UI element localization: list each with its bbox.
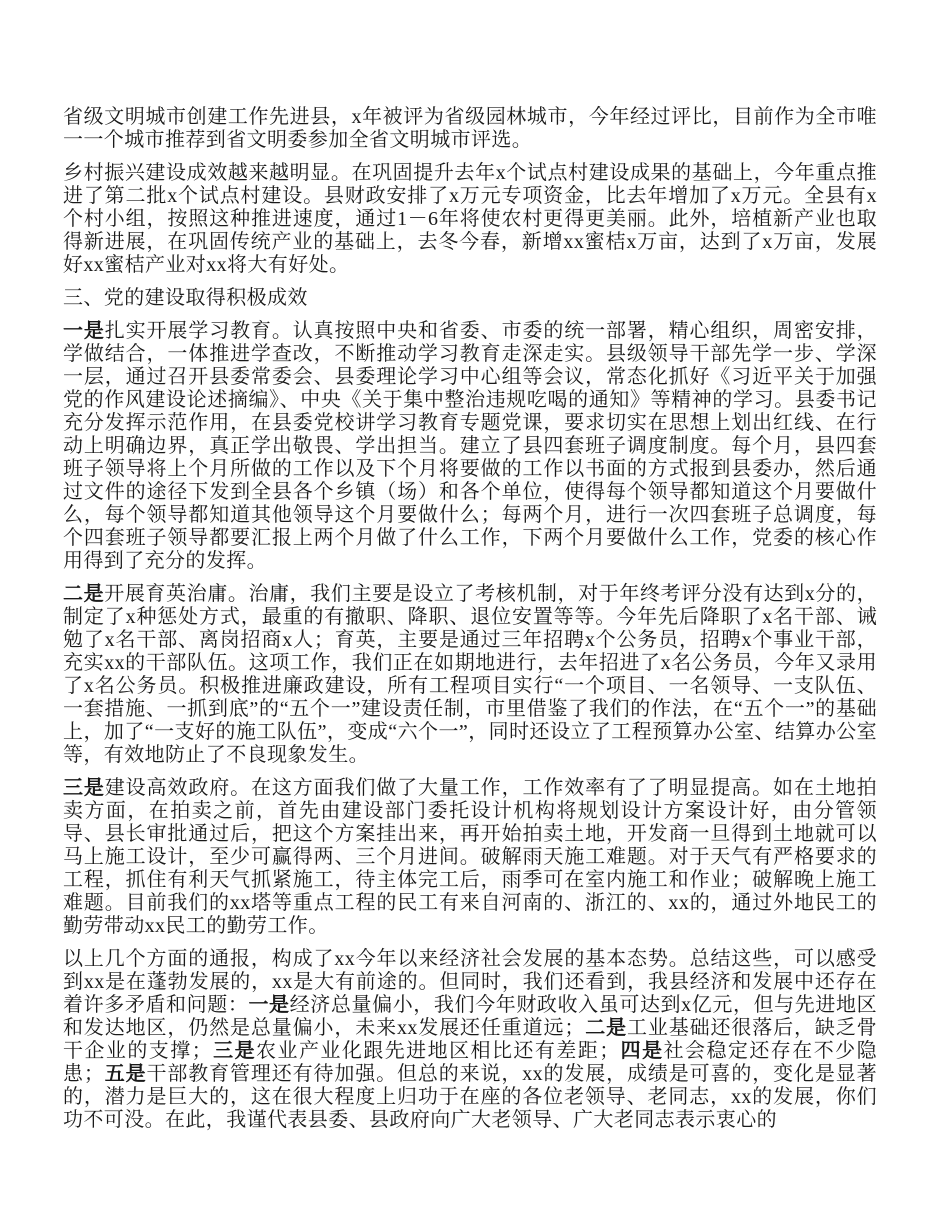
text-run: 建设高效政府。在这方面我们做了大量工作，工作效率有了了明显提高。如在土地拍卖方面… [63,777,877,937]
text-run-bold: 二是 [63,583,104,605]
paragraph: 乡村振兴建设成效越来越明显。在巩固提升去年x个试点村建设成果的基础上，今年重点推… [63,162,877,277]
paragraph: 以上几个方面的通报，构成了xx今年以来经济社会发展的基本态势。总结这些，可以感受… [63,948,877,1132]
text-run-bold: 三是 [63,777,105,799]
text-run-bold: 四是 [620,1040,664,1062]
paragraph: 二是开展育英治庸。治庸，我们主要是设立了考核机制，对于年终考评分没有达到x分的，… [63,583,877,767]
text-run-bold: 三是 [212,1040,256,1062]
text-run: 省级文明城市创建工作先进县，x年被评为省级园林城市，今年经过评比，目前作为全市唯… [63,106,877,151]
document-body: 省级文明城市创建工作先进县，x年被评为省级园林城市，今年经过评比，目前作为全市唯… [63,106,877,1142]
text-run: 乡村振兴建设成效越来越明显。在巩固提升去年x个试点村建设成果的基础上，今年重点推… [63,162,877,276]
text-run: 三、党的建设取得积极成效 [63,287,308,309]
paragraph: 省级文明城市创建工作先进县，x年被评为省级园林城市，今年经过评比，目前作为全市唯… [63,106,877,152]
text-run: 开展育英治庸。治庸，我们主要是设立了考核机制，对于年终考评分没有达到x分的，制定… [63,583,877,766]
section-heading: 三、党的建设取得积极成效 [63,287,877,310]
text-run-bold: 二是 [585,1017,627,1039]
paragraph: 一是扎实开展学习教育。认真按照中央和省委、市委的统一部署，精心组织，周密安排，学… [63,320,877,573]
text-run-bold: 五是 [104,1063,146,1085]
text-run-bold: 一是 [63,320,105,342]
text-run: 扎实开展学习教育。认真按照中央和省委、市委的统一部署，精心组织，周密安排，学做结… [63,320,877,572]
document-page: 省级文明城市创建工作先进县，x年被评为省级园林城市，今年经过评比，目前作为全市唯… [0,0,950,1230]
text-run: 农业产业化跟先进地区相比还有差距； [256,1040,620,1062]
text-run: 干部教育管理还有待加强。但总的来说，xx的发展，成绩是可喜的，变化是显著的，潜力… [63,1063,877,1131]
paragraph: 三是建设高效政府。在这方面我们做了大量工作，工作效率有了了明显提高。如在土地拍卖… [63,777,877,938]
text-run-bold: 一是 [248,994,289,1016]
